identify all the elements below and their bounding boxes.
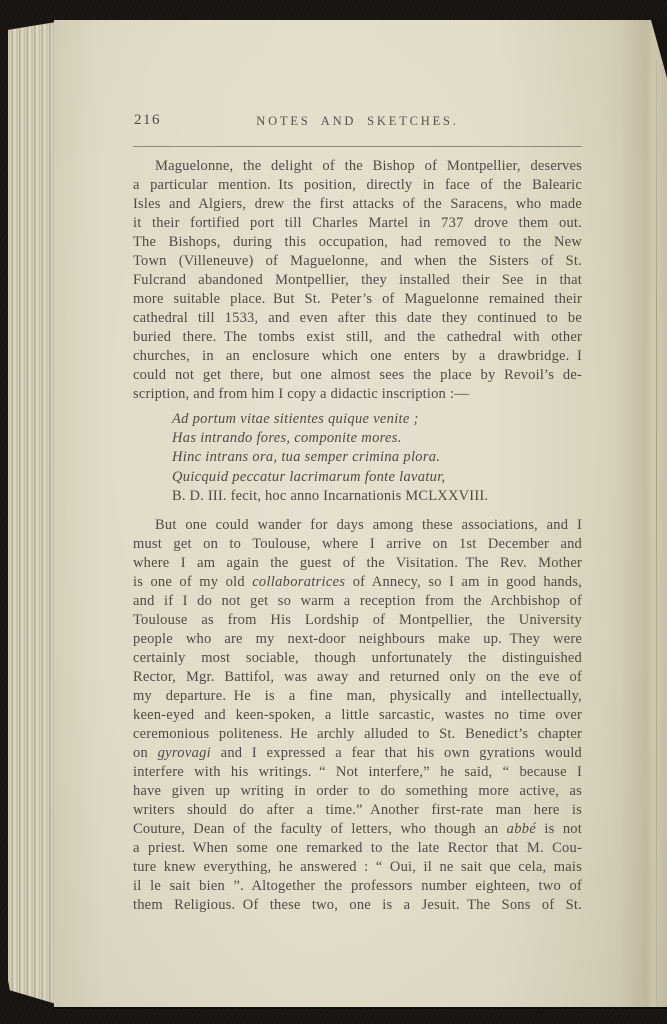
text-line: is one of my old collaboratrices of Anne…	[133, 573, 582, 592]
text-line: buried there. The tombs exist still, and…	[133, 328, 582, 347]
text-line: churches, in an enclosure which one ente…	[133, 347, 582, 366]
text-line: Fulcrand abandoned Montpellier, they ins…	[133, 271, 582, 290]
text-line: cathedral till 1533, and even after this…	[133, 309, 582, 328]
text-line: have given up writing in order to do som…	[133, 782, 582, 801]
text-line: where I am again the guest of the Visita…	[133, 554, 582, 573]
text-line: them Religious. Of these two, one is a J…	[133, 896, 582, 915]
text-line: But one could wander for days among thes…	[133, 516, 582, 535]
text-line: certainly most sociable, though unfortun…	[133, 649, 582, 668]
text-line: The Bishops, during this occupation, had…	[133, 233, 582, 252]
text-line: on gyrovagi and I expressed a fear that …	[133, 744, 582, 763]
text-line: Quicquid peccatur lacrimarum fonte lavat…	[172, 468, 582, 487]
text-line: interfere with his writings. “ Not inter…	[133, 763, 582, 782]
text-line: ceremonious politeness. He archly allude…	[133, 725, 582, 744]
paragraph-2: But one could wander for days among thes…	[133, 516, 582, 915]
text-line: it their fortified port till Charles Mar…	[133, 214, 582, 233]
text-line: must get on to Toulouse, where I arrive …	[133, 535, 582, 554]
text-line: and if I do not get so warm a reception …	[133, 592, 582, 611]
text-line: il le sait bien ”. Altogether the profes…	[133, 877, 582, 896]
page-content: 216 NOTES AND SKETCHES. Maguelonne, the …	[133, 110, 582, 915]
text-line: B. D. III. fecit, hoc anno Incarnationis…	[172, 487, 582, 506]
header-rule	[133, 146, 582, 147]
text-line: Town (Villeneuve) of Maguelonne, and whe…	[133, 252, 582, 271]
text-line: Hinc intrans ora, tua semper crimina plo…	[172, 448, 582, 467]
text-line: keen-eyed and keen-spoken, a little sarc…	[133, 706, 582, 725]
text-line: a particular mention. Its position, dire…	[133, 176, 582, 195]
text-line: my departure. He is a fine man, physical…	[133, 687, 582, 706]
text-line: writers should do after a time.” Another…	[133, 801, 582, 820]
paragraph-1: Maguelonne, the delight of the Bishop of…	[133, 157, 582, 404]
gutter-crease	[656, 60, 657, 1008]
page-header: 216 NOTES AND SKETCHES.	[133, 110, 582, 146]
text-line: Couture, Dean of the faculty of letters,…	[133, 820, 582, 839]
page-stack-edges	[8, 22, 56, 1004]
text-line: Toulouse as from His Lordship of Montpel…	[133, 611, 582, 630]
text-line: people who are my next-door neighbours m…	[133, 630, 582, 649]
text-line: Isles and Algiers, drew the first attack…	[133, 195, 582, 214]
text-line: more suitable place. But St. Peter’s of …	[133, 290, 582, 309]
text-line: Ad portum vitae sitientes quique venite …	[172, 410, 582, 429]
text-line: could not get there, but one almost sees…	[133, 366, 582, 385]
running-title: NOTES AND SKETCHES.	[133, 114, 582, 129]
text-line: Has intrando fores, componite mores.	[172, 429, 582, 448]
text-line: Rector, Mgr. Battifol, was away and retu…	[133, 668, 582, 687]
gutter-shadow	[619, 20, 667, 1007]
text-line: a priest. When some one remarked to the …	[133, 839, 582, 858]
text-line: Maguelonne, the delight of the Bishop of…	[133, 157, 582, 176]
text-line: scription, and from him I copy a didacti…	[133, 385, 582, 404]
text-line: ture knew everything, he answered : “ Ou…	[133, 858, 582, 877]
verse-block: Ad portum vitae sitientes quique venite …	[172, 410, 582, 506]
